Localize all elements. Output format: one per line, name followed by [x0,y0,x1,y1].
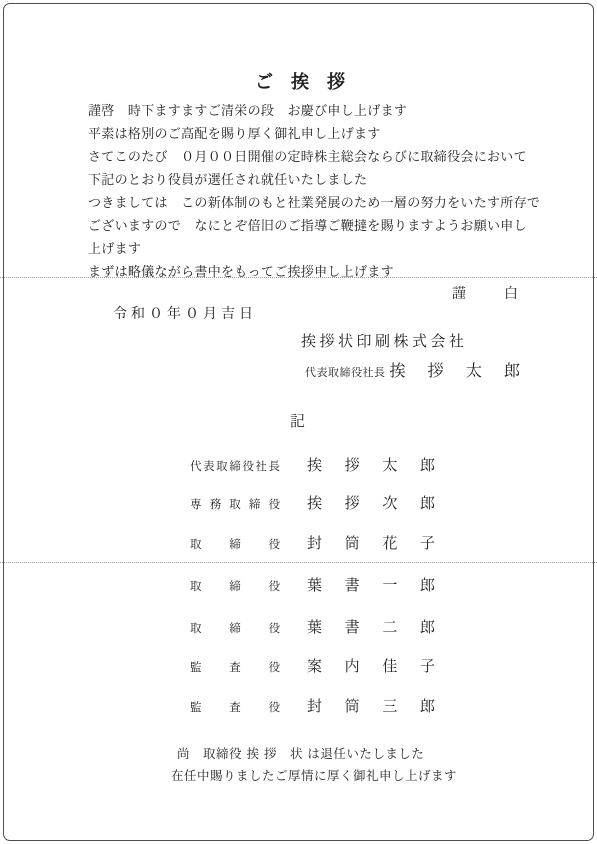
officer-row: 監査役 封筒三郎 [190,695,438,716]
dotted-divider-bottom [0,562,597,563]
date-line: 令和０年０月吉日 [113,303,257,323]
officer-row: 専務取締役 挨拶次郎 [190,492,438,513]
dotted-divider-top [0,277,597,278]
president-title: 代表取締役社長 [305,364,386,380]
officer-title: 取締役 [190,536,280,552]
officer-name: 挨拶次郎 [307,492,435,513]
body-line: ございますので なにとぞ倍旧のご指導ご鞭撻を賜りますようお願い申し [88,215,558,238]
body-line: さてこのたび ０月００日開催の定時株主総会ならびに取締役会において [88,146,558,169]
officer-title: 専務取締役 [190,496,280,512]
officer-name: 封筒三郎 [307,695,435,716]
officer-row: 代表取締役社長 挨拶太郎 [190,454,438,475]
list-heading: 記 [290,410,305,431]
officer-title: 代表取締役社長 [190,458,280,474]
body-line: まずは略儀ながら書中をもってご挨拶申し上げます [88,261,558,284]
officer-title: 取締役 [190,620,280,636]
greeting-letter-page: ご挨拶 謹啓 時下ますますご清栄の段 お慶び申し上げます 平素は格別のご高配を賜… [0,0,597,844]
officer-name: 葉書二郎 [307,616,435,637]
officer-row: 取締役 葉書二郎 [190,616,438,637]
closing-word: 謹白 [452,283,518,303]
body-line: 上げます [88,238,558,261]
officer-name: 挨拶太郎 [307,454,435,475]
officer-row: 取締役 封筒花子 [190,532,438,553]
officer-title: 監査役 [190,659,280,675]
note-line: 在任中賜りましたご厚情に厚く御礼申し上げます [171,766,457,784]
president-name: 挨拶太郎 [390,358,521,381]
body-line: 平素は格別のご高配を賜り厚く御礼申し上げます [88,123,558,146]
body-line: 謹啓 時下ますますご清栄の段 お慶び申し上げます [88,100,558,123]
officer-title: 監査役 [190,699,280,715]
note-line: 尚 取締役 挨 拶 状 は退任いたしました [177,744,424,762]
signature-row: 代表取締役社長 挨拶太郎 [305,358,520,381]
officer-name: 案内佳子 [307,655,435,676]
officer-title: 取締役 [190,578,280,594]
body-line: つきましては この新体制のもと社業発展のため一層の努力をいたす所存で [88,192,558,215]
company-name: 挨拶状印刷株式会社 [301,330,468,351]
officer-name: 封筒花子 [307,532,435,553]
officer-row: 取締役 葉書一郎 [190,574,438,595]
officer-name: 葉書一郎 [307,574,435,595]
letter-title: ご挨拶 [255,68,345,94]
officer-row: 監査役 案内佳子 [190,655,438,676]
body-line: 下記のとおり役員が選任され就任いたしました [88,169,558,192]
letter-body: 謹啓 時下ますますご清栄の段 お慶び申し上げます 平素は格別のご高配を賜り厚く御… [88,100,558,284]
